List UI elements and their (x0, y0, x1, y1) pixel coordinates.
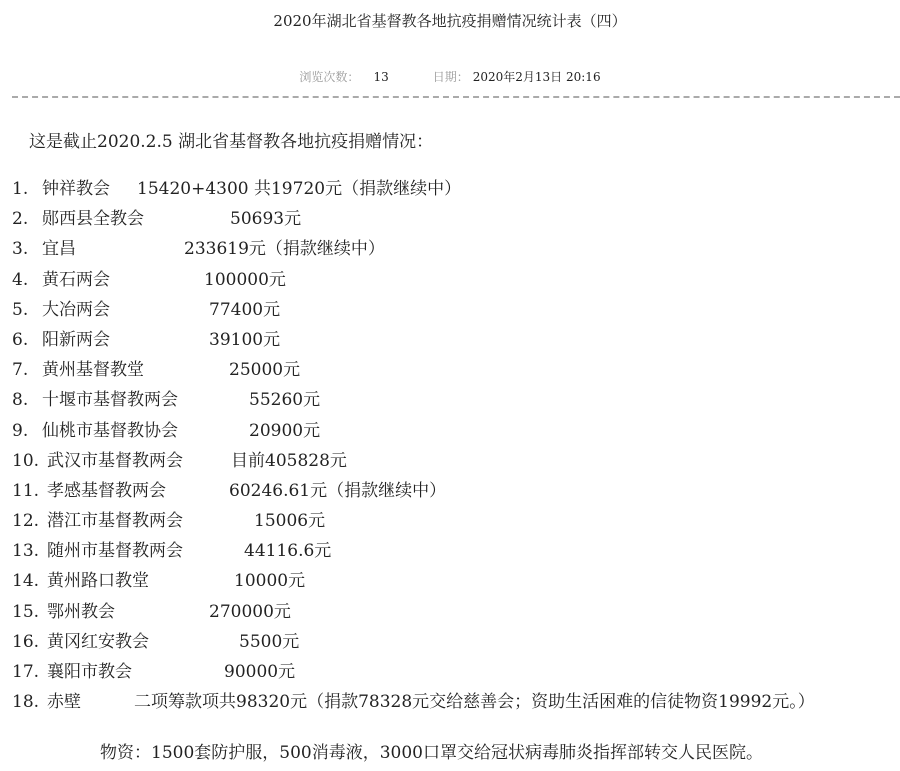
item-number: 6. (12, 327, 28, 353)
church-name: 武汉市基督教两会 (47, 448, 183, 474)
views-count: 13 (373, 70, 388, 84)
views-label: 浏览次数： (299, 70, 359, 84)
church-name: 仙桃市基督教协会 (42, 418, 178, 444)
donation-amount: 20900元 (249, 418, 320, 444)
donation-amount: 55260元 (249, 387, 320, 413)
donation-amount: 15006元 (254, 508, 325, 534)
donation-amount: 39100元 (209, 327, 280, 353)
donation-amount: 5500元 (239, 629, 299, 655)
donation-amount: 60246.61元（捐款继续中） (229, 478, 446, 504)
item-number: 8. (12, 387, 28, 413)
church-name: 十堰市基督教两会 (42, 387, 178, 413)
donation-amount: 50693元 (230, 206, 301, 232)
church-name: 阳新两会 (42, 327, 110, 353)
item-number: 2. (12, 206, 28, 232)
item-number: 1. (12, 176, 28, 202)
item-number: 17. (12, 659, 39, 685)
donation-amount: 100000元 (204, 267, 286, 293)
church-name: 黄冈红安教会 (47, 629, 149, 655)
supplies-note: 物资：1500套防护服，500消毒液，3000口罩交给冠状病毒肺炎指挥部转交人民… (100, 738, 763, 763)
donation-amount: 15420+4300 共19720元（捐款继续中） (137, 176, 461, 202)
church-name: 潜江市基督教两会 (47, 508, 183, 534)
intro-text: 这是截止2020.2.5 湖北省基督教各地抗疫捐赠情况： (29, 127, 433, 152)
church-name: 赤壁 (47, 689, 81, 715)
church-name: 孝感基督教两会 (47, 478, 166, 504)
donation-amount: 90000元 (224, 659, 295, 685)
item-number: 5. (12, 297, 28, 323)
donation-amount: 77400元 (209, 297, 280, 323)
item-number: 4. (12, 267, 28, 293)
donation-amount: 44116.6元 (244, 538, 331, 564)
church-name: 黄州基督教堂 (42, 357, 144, 383)
article-meta: 浏览次数：13日期：2020年2月13日 20:16 (0, 68, 900, 85)
church-name: 钟祥教会 (42, 176, 110, 202)
item-number: 3. (12, 236, 28, 262)
item-number: 12. (12, 508, 39, 534)
church-name: 随州市基督教两会 (47, 538, 183, 564)
donation-amount: 10000元 (234, 568, 305, 594)
church-name: 大冶两会 (42, 297, 110, 323)
date-label: 日期： (433, 70, 469, 84)
item-number: 7. (12, 357, 28, 383)
item-number: 16. (12, 629, 39, 655)
church-name: 宜昌 (42, 236, 76, 262)
item-number: 15. (12, 599, 39, 625)
item-number: 11. (12, 478, 39, 504)
church-name: 鄂州教会 (47, 599, 115, 625)
item-number: 14. (12, 568, 39, 594)
donation-amount: 二项筹款项共98320元（捐款78328元交给慈善会；资助生活困难的信徒物资19… (134, 689, 815, 715)
page-title: 2020年湖北省基督教各地抗疫捐赠情况统计表（四） (0, 10, 900, 31)
church-name: 黄石两会 (42, 267, 110, 293)
item-number: 18. (12, 689, 39, 715)
church-name: 郧西县全教会 (42, 206, 144, 232)
donation-amount: 25000元 (229, 357, 300, 383)
item-number: 9. (12, 418, 28, 444)
item-number: 13. (12, 538, 39, 564)
donation-amount: 233619元（捐款继续中） (184, 236, 385, 262)
church-name: 襄阳市教会 (47, 659, 132, 685)
donation-amount: 270000元 (209, 599, 291, 625)
item-number: 10. (12, 448, 39, 474)
publish-date: 2020年2月13日 20:16 (473, 70, 601, 84)
donation-amount: 目前405828元 (231, 448, 347, 474)
dashed-divider (12, 96, 900, 98)
church-name: 黄州路口教堂 (47, 568, 149, 594)
